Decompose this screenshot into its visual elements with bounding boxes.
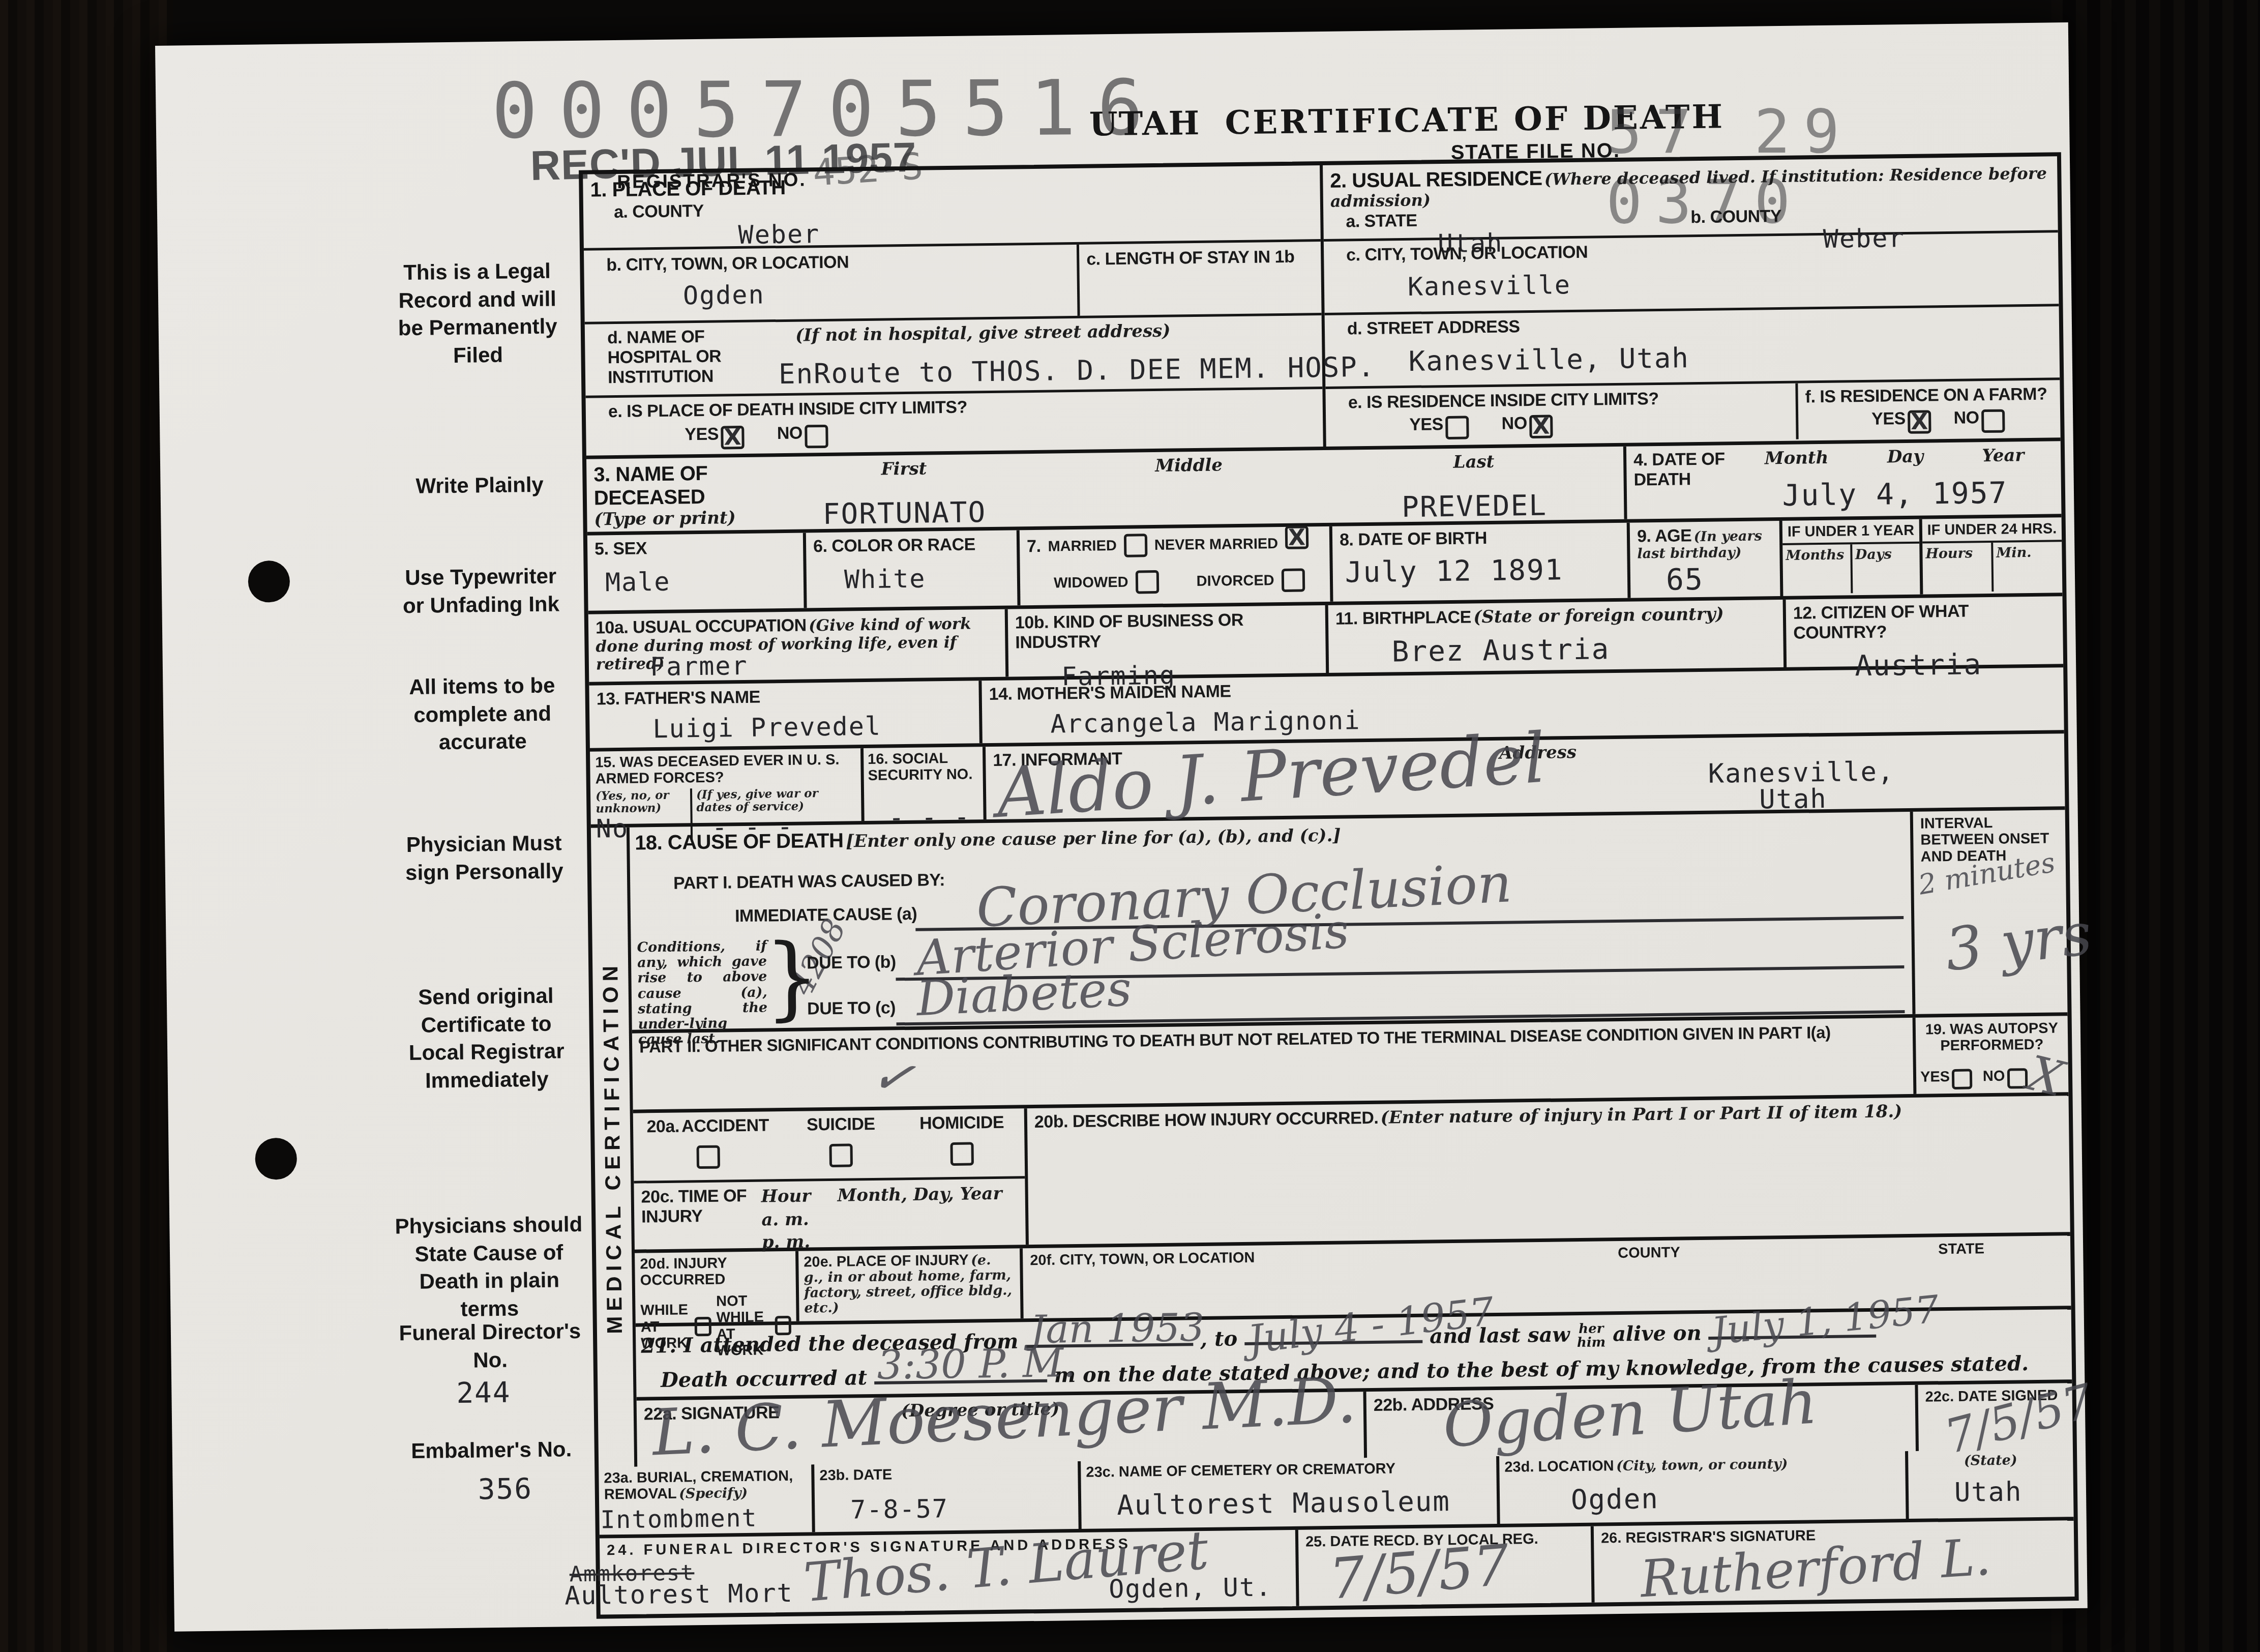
race-label: 6. COLOR OR RACE — [813, 535, 1009, 557]
embalmer-no-label: Embalmer's No. — [396, 1435, 587, 1465]
part2-cell: PART II. OTHER SIGNIFICANT CONDITIONS CO… — [632, 1018, 1914, 1110]
injury-state-label: STATE — [1938, 1241, 1984, 1258]
dod-day-label: Day — [1887, 447, 1924, 467]
widowed-label: WIDOWED — [1054, 574, 1128, 591]
time-of-injury-label: 20c. TIME OF INJURY — [641, 1186, 763, 1227]
checkbox-mark — [2008, 1069, 2027, 1088]
dob-cell: 8. DATE OF BIRTH July 12 1891 — [1332, 523, 1631, 602]
divorced-checkbox — [1281, 568, 1305, 592]
never-married-checkbox: X — [1285, 525, 1309, 549]
checkbox-mark: X — [1530, 415, 1553, 438]
embalmer-no-value: 356 — [478, 1474, 532, 1505]
birthplace-cell: 11. BIRTHPLACE (State or foreign country… — [1328, 600, 1787, 673]
describe-injury-hint: (Enter nature of injury in Part I or Par… — [1380, 1101, 1902, 1128]
father-label: 13. FATHER'S NAME — [597, 685, 972, 709]
race-value: White — [844, 565, 1010, 593]
scanned-death-certificate: 0005705516 REC'D JUL 11 1957 REGISTRAR'S… — [0, 0, 2260, 1652]
residence-city-value: Kanesville — [1408, 266, 2052, 301]
farm-yes-checkbox: X — [1908, 410, 1931, 434]
dob-label: 8. DATE OF BIRTH — [1340, 527, 1620, 550]
armed-forces-label: 15. WAS DECEASED EVER IN U. S. ARMED FOR… — [595, 751, 856, 787]
place-of-death-title: 1. PLACE OF DEATH — [590, 176, 786, 201]
name-hint: (Type or print) — [594, 508, 762, 529]
suicide-checkbox — [829, 1143, 853, 1167]
checkbox-mark: X — [721, 426, 744, 449]
injury-occurred-label: 20d. INJURY OCCURRED — [640, 1254, 791, 1289]
checkbox-mark — [805, 425, 828, 448]
place-limits-yes-checkbox: X — [721, 426, 745, 450]
margin-note-typewriter: Use Typewriter or Unfading Ink — [393, 562, 569, 619]
interval-column: INTERVAL BETWEEN ONSET AND DEATH 2 minut… — [1910, 810, 2068, 1014]
burial-state-hint: (State) — [1913, 1452, 2068, 1469]
him-label: him — [1577, 1336, 1606, 1350]
burial-location-cell: 23d. LOCATION (City, town, or county) Og… — [1499, 1451, 1909, 1524]
checkbox-mark — [951, 1143, 974, 1166]
injury-city-label: 20f. CITY, TOWN, OR LOCATION — [1030, 1250, 1255, 1268]
dod-label: 4. DATE OF DEATH — [1633, 449, 1736, 515]
checkbox-mark — [1124, 534, 1147, 557]
first-name-label: First — [761, 458, 1047, 481]
hole-punch-bottom — [255, 1138, 297, 1180]
yes-label: YES — [1871, 409, 1906, 429]
pm-label: p. m. — [762, 1232, 811, 1252]
attendance-text2: , to — [1200, 1326, 1238, 1351]
burial-state-value: Utah — [1954, 1478, 2069, 1507]
cemetery-label: 23c. NAME OF CEMETERY OR CREMATORY — [1086, 1459, 1491, 1481]
cause-label: 18. CAUSE OF DEATH — [635, 830, 844, 854]
name-label: 3. NAME OF DECEASED — [593, 461, 762, 510]
divorced-label: DIVORCED — [1196, 572, 1274, 589]
under-1-year-label: IF UNDER 1 YEAR — [1782, 519, 1920, 546]
under-24-hrs-block: IF UNDER 24 HRS. Hours Min. — [1922, 517, 2063, 594]
certificate-form: 1. PLACE OF DEATH a. COUNTY Weber b. CIT… — [579, 152, 2079, 1618]
residence-city-limits-label: e. IS RESIDENCE INSIDE CITY LIMITS? — [1348, 389, 1659, 412]
last-name-label: Last — [1331, 451, 1617, 474]
describe-injury-cell: 20b. DESCRIBE HOW INJURY OCCURRED. (Ente… — [1027, 1096, 2070, 1245]
burial-date-cell: 23b. DATE 7-8-57 — [814, 1461, 1082, 1532]
burial-type-cell: 23a. BURIAL, CREMATION, REMOVAL (Specify… — [599, 1464, 815, 1535]
min-label: Min. — [1993, 542, 2062, 592]
no-label: NO — [1953, 408, 1979, 428]
margin-note-plain-terms: Physicians should State Cause of Death i… — [393, 1211, 585, 1324]
residence-limits-no-checkbox: X — [1529, 415, 1553, 438]
length-of-stay-label: c. LENGTH OF STAY IN 1b — [1086, 247, 1295, 269]
name-of-deceased-cell: 3. NAME OF DECEASED (Type or print) Firs… — [586, 447, 1627, 532]
checkbox-mark — [1446, 416, 1469, 439]
dod-value: July 4, 1957 — [1736, 477, 2055, 512]
armed-forces-hint2: (If yes, give war or dates of service) — [696, 786, 856, 814]
row-cause-of-death: 18. CAUSE OF DEATH [Enter only one cause… — [630, 810, 2068, 1033]
checkbox-mark — [1282, 569, 1304, 592]
middle-name-value — [1047, 494, 1331, 497]
burial-state-cell: (State) Utah — [1908, 1449, 2074, 1519]
place-of-injury-cell: 20e. PLACE OF INJURY (e. g., in or about… — [798, 1248, 1024, 1321]
residence-county-label: b. COUNTY — [1690, 206, 1781, 227]
due-to-c-label: DUE TO (c) — [807, 998, 896, 1019]
place-limits-no-checkbox — [805, 425, 828, 449]
hospital-label: d. NAME OF HOSPITAL OR INSTITUTION — [607, 326, 776, 388]
married-label: MARRIED — [1048, 538, 1117, 555]
birthplace-hint: (State or foreign country) — [1473, 604, 1724, 627]
age-value: 65 — [1666, 564, 1704, 596]
length-of-stay-cell: c. LENGTH OF STAY IN 1b — [1079, 242, 1322, 316]
part1-label: PART I. DEATH WAS CAUSED BY: — [673, 870, 945, 894]
informant-cell: 17. INFORMANT Address Aldo J. Prevedel K… — [986, 733, 2065, 819]
never-married-label: NEVER MARRIED — [1154, 536, 1278, 553]
race-cell: 6. COLOR OR RACE White — [806, 530, 1021, 608]
cemetery-value: Aultorest Mausoleum — [1117, 1487, 1492, 1521]
burial-location-label: 23d. LOCATION — [1504, 1458, 1614, 1476]
citizen-cell: 12. CITIZEN OF WHAT COUNTRY? Austria — [1786, 596, 2064, 667]
occupation-value: Farmer — [650, 652, 748, 680]
residence-limits-yes-checkbox — [1445, 416, 1469, 439]
margin-note-physician-sign: Physician Must sign Personally — [396, 829, 572, 887]
place-city-label: b. CITY, TOWN, OR LOCATION — [606, 252, 849, 275]
funeral-director-cell: 24. FUNERAL DIRECTOR'S SIGNATURE AND ADD… — [600, 1530, 1299, 1615]
citizen-label: 12. CITIZEN OF WHAT COUNTRY? — [1793, 602, 1969, 643]
hour-label: Hour — [761, 1186, 811, 1206]
armed-forces-cell: 15. WAS DECEASED EVER IN U. S. ARMED FOR… — [590, 748, 865, 824]
attended-to-blank: July 4 - 1957 — [1244, 1337, 1422, 1345]
homicide-checkbox — [950, 1142, 974, 1166]
farm-no-checkbox — [1981, 409, 2005, 433]
sex-value: Male — [605, 567, 797, 596]
place-city-limits-label: e. IS PLACE OF DEATH INSIDE CITY LIMITS? — [608, 398, 967, 422]
injury-county-label: COUNTY — [1618, 1245, 1680, 1262]
middle-name-label: Middle — [1046, 454, 1331, 477]
occupation-label: 10a. USUAL OCCUPATION — [596, 615, 807, 637]
place-city-row: b. CITY, TOWN, OR LOCATION Ogden c. LENG… — [584, 242, 1322, 324]
burial-type-hint: (Specify) — [679, 1485, 748, 1502]
checkbox-mark — [697, 1146, 720, 1169]
checkbox-mark — [1136, 571, 1158, 594]
hospital-value: EnRoute to THOS. D. DEE MEM. HOSP. — [779, 353, 1376, 389]
under-1-year-block: IF UNDER 1 YEAR Months Days — [1782, 519, 1923, 596]
dod-month-label: Month — [1765, 448, 1829, 468]
sex-label: 5. SEX — [594, 537, 796, 559]
accident-checkbox — [696, 1145, 720, 1169]
attendance-num: 21. — [641, 1334, 676, 1358]
f20a-num: 20a. — [646, 1117, 679, 1137]
describe-injury-label: 20b. DESCRIBE HOW INJURY OCCURRED. — [1034, 1108, 1379, 1132]
autopsy-no-checkbox — [2007, 1068, 2028, 1088]
place-county-cell: 1. PLACE OF DEATH a. COUNTY Weber — [583, 165, 1321, 251]
ssn-cell: 16. SOCIAL SECURITY NO. - - - — [864, 747, 987, 821]
mother-value: Arcangela Marignoni — [1050, 699, 2057, 738]
checkbox-mark: X — [1908, 410, 1931, 433]
yes-label: YES — [685, 425, 719, 445]
date-received-cell: 25. DATE RECD. BY LOCAL REG. 7/5/57 — [1298, 1526, 1595, 1606]
medical-certification-label: MEDICAL CERTIFICATION — [598, 961, 627, 1334]
burial-date-label: 23b. DATE — [819, 1464, 1073, 1484]
suicide-label: SUICIDE — [807, 1114, 875, 1135]
marital-num: 7. — [1027, 537, 1041, 556]
checkbox-mark — [830, 1144, 853, 1167]
cause-of-death-main: 18. CAUSE OF DEATH [Enter only one cause… — [630, 812, 1913, 1030]
row-place-residence: 1. PLACE OF DEATH a. COUNTY Weber b. CIT… — [583, 156, 2061, 459]
ssn-label: 16. SOCIAL SECURITY NO. — [868, 750, 979, 784]
age-label: 9. AGE — [1637, 526, 1692, 546]
homicide-label: HOMICIDE — [919, 1113, 1004, 1133]
margin-note-send-original: Send original Certificate to Local Regis… — [398, 982, 575, 1095]
registrar-signature-cell: 26. REGISTRAR'S SIGNATURE Rutherford L. — [1594, 1520, 2075, 1603]
father-value: Luigi Prevedel — [652, 712, 972, 743]
industry-cell: 10b. KIND OF BUSINESS OR INDUSTRY Farmin… — [1008, 605, 1329, 677]
accident-suicide-homicide-cell: 20a. ACCIDENT SUICIDE HOMICIDE — [633, 1108, 1025, 1183]
residence-farm-cell: f. IS RESIDENCE ON A FARM? YES X NO — [1798, 380, 2060, 439]
place-city-limits-cell: e. IS PLACE OF DEATH INSIDE CITY LIMITS?… — [586, 389, 1323, 454]
place-of-injury-label: 20e. PLACE OF INJURY — [804, 1252, 969, 1271]
certificate-paper: 0005705516 REC'D JUL 11 1957 REGISTRAR'S… — [155, 22, 2088, 1632]
place-city-value: Ogden — [683, 278, 1070, 309]
usual-residence-title: 2. USUAL RESIDENCE — [1330, 167, 1542, 192]
age-cell: 9. AGE (In years last birthday) 65 — [1630, 521, 1783, 598]
birthplace-label: 11. BIRTHPLACE — [1335, 607, 1471, 628]
am-label: a. m. — [761, 1209, 809, 1229]
injury-occurred-cell: 20d. INJURY OCCURRED WHILE AT WORK NOT W… — [635, 1251, 799, 1323]
autopsy-cell: 19. WAS AUTOPSY PERFORMED? YES NO X — [1913, 1016, 2069, 1094]
armed-forces-hint1: (Yes, no, or unknown) — [596, 788, 689, 815]
birthplace-value: Brez Austria — [1391, 633, 1776, 667]
married-checkbox — [1124, 534, 1148, 557]
dod-year-label: Year — [1982, 446, 2024, 465]
attendance-text4: alive on — [1613, 1321, 1702, 1346]
under-24-hrs-label: IF UNDER 24 HRS. — [1922, 517, 2062, 544]
physician-address-cell: 22b. ADDRESS Ogden Utah — [1366, 1385, 1919, 1458]
no-label: NO — [1501, 414, 1527, 433]
due-to-b-label: DUE TO (b) — [807, 952, 896, 973]
time-of-injury-cell: 20c. TIME OF INJURY Hour a. m. p. m. Mon… — [634, 1178, 1026, 1249]
medical-certification-section: MEDICAL CERTIFICATION 18. CAUSE OF DEATH… — [591, 810, 2073, 1467]
residence-farm-label: f. IS RESIDENCE ON A FARM? — [1805, 385, 2047, 407]
informant-address-line2: Utah — [1759, 785, 1827, 814]
first-name-value: FORTUNATO — [762, 497, 1047, 531]
residence-city-cell: c. CITY, TOWN, OR LOCATION Kanesville — [1324, 232, 2059, 315]
row-injury-type: 20a. ACCIDENT SUICIDE HOMICIDE 20c. TIME… — [633, 1096, 2070, 1253]
father-cell: 13. FATHER'S NAME Luigi Prevedel — [589, 681, 982, 748]
her-label: her — [1577, 1322, 1605, 1336]
funeral-director-typed-city: Ogden, Ut. — [1109, 1574, 1272, 1602]
cemetery-cell: 23c. NAME OF CEMETERY OR CREMATORY Aulto… — [1081, 1456, 1500, 1529]
months-label: Months — [1782, 545, 1853, 595]
residence-state-label: a. STATE — [1346, 211, 1417, 231]
days-label: Days — [1852, 544, 1920, 594]
margin-note-write-plainly: Write Plainly — [392, 470, 568, 500]
yes-label: YES — [1409, 415, 1443, 434]
residence-street-value: Kanesville, Utah — [1408, 340, 2053, 376]
cause-bracket-hint: [Enter only one cause per line for (a), … — [846, 825, 1341, 852]
checkbox-mark — [1952, 1070, 1972, 1089]
cause-c-value: Diabetes — [915, 966, 1133, 1022]
hospital-cell: d. NAME OF HOSPITAL OR INSTITUTION (If n… — [585, 315, 1323, 398]
autopsy-no-handwritten-x: X — [2024, 1050, 2068, 1103]
last-seen-blank: July 1, 1957 — [1709, 1332, 1877, 1340]
burial-location-hint: (City, town, or county) — [1616, 1456, 1788, 1474]
industry-label: 10b. KIND OF BUSINESS OR INDUSTRY — [1015, 610, 1243, 653]
hole-punch-top — [248, 560, 290, 603]
margin-note-complete-accurate: All items to be complete and accurate — [394, 671, 571, 757]
no-label: NO — [1983, 1068, 2005, 1085]
occupation-cell: 10a. USUAL OCCUPATION (Give kind of work… — [588, 609, 1009, 682]
hours-label: Hours — [1922, 543, 1994, 593]
accident-label: ACCIDENT — [681, 1115, 769, 1136]
checkbox-mark: X — [1286, 526, 1309, 549]
date-signed-cell: 22c. DATE SIGNED 7/5/57 — [1918, 1383, 2073, 1451]
residence-city-limits-cell: e. IS RESIDENCE INSIDE CITY LIMITS? YES … — [1325, 383, 1798, 445]
mdy-label: Month, Day, Year — [837, 1184, 1002, 1205]
funeral-director-no-label: Funeral Director's No. — [395, 1317, 586, 1375]
marital-status-cell: 7. MARRIED NEVER MARRIED X WIDOWED DIVOR… — [1020, 526, 1333, 606]
residence-state-county-cell: 2. USUAL RESIDENCE (Where deceased lived… — [1323, 156, 2058, 242]
funeral-director-no-value: 244 — [456, 1378, 511, 1409]
residence-limits-farm-row: e. IS RESIDENCE INSIDE CITY LIMITS? YES … — [1325, 380, 2060, 445]
place-of-death-block: 1. PLACE OF DEATH a. COUNTY Weber b. CIT… — [583, 165, 1326, 456]
usual-residence-block: 2. USUAL RESIDENCE (Where deceased lived… — [1323, 156, 2061, 447]
date-received-value: 7/5/57 — [1327, 1539, 1511, 1606]
sex-cell: 5. SEX Male — [587, 533, 807, 610]
burial-location-value: Ogden — [1571, 1482, 1901, 1515]
residence-street-cell: d. STREET ADDRESS Kanesville, Utah — [1325, 306, 2060, 389]
scanner-background-left — [0, 0, 173, 1652]
dob-value: July 12 1891 — [1345, 555, 1620, 588]
funeral-director-typed-name: Aultorest Mort — [564, 1580, 793, 1609]
burial-date-value: 7-8-57 — [850, 1494, 1074, 1524]
physician-signature-cell: 22a. SIGNATURE (Degree or title) L. C. M… — [637, 1392, 1367, 1467]
last-name-value: PREVEDEL — [1332, 490, 1617, 524]
autopsy-yes-checkbox — [1952, 1069, 1972, 1089]
date-of-death-cell: 4. DATE OF DEATH Month Day Year July 4, … — [1626, 441, 2062, 519]
interval-bc-value: 3 yrs — [1942, 906, 2094, 979]
informant-address-line1: Kanesville, — [1708, 758, 1894, 788]
checkbox-mark — [1982, 409, 2005, 432]
widowed-checkbox — [1135, 570, 1159, 594]
residence-street-label: d. STREET ADDRESS — [1347, 317, 1520, 338]
part2-checkmark: ✓ — [867, 1049, 918, 1105]
yes-label: YES — [1920, 1069, 1950, 1085]
place-city-cell: b. CITY, TOWN, OR LOCATION Ogden — [584, 245, 1080, 322]
title-state: UTAH — [1089, 104, 1201, 144]
no-label: NO — [777, 424, 802, 444]
residence-city-label: c. CITY, TOWN, OR LOCATION — [1346, 243, 1588, 265]
margin-note-legal-record: This is a Legal Record and will be Perma… — [389, 257, 566, 370]
burial-type-value: Intombment — [600, 1505, 758, 1532]
